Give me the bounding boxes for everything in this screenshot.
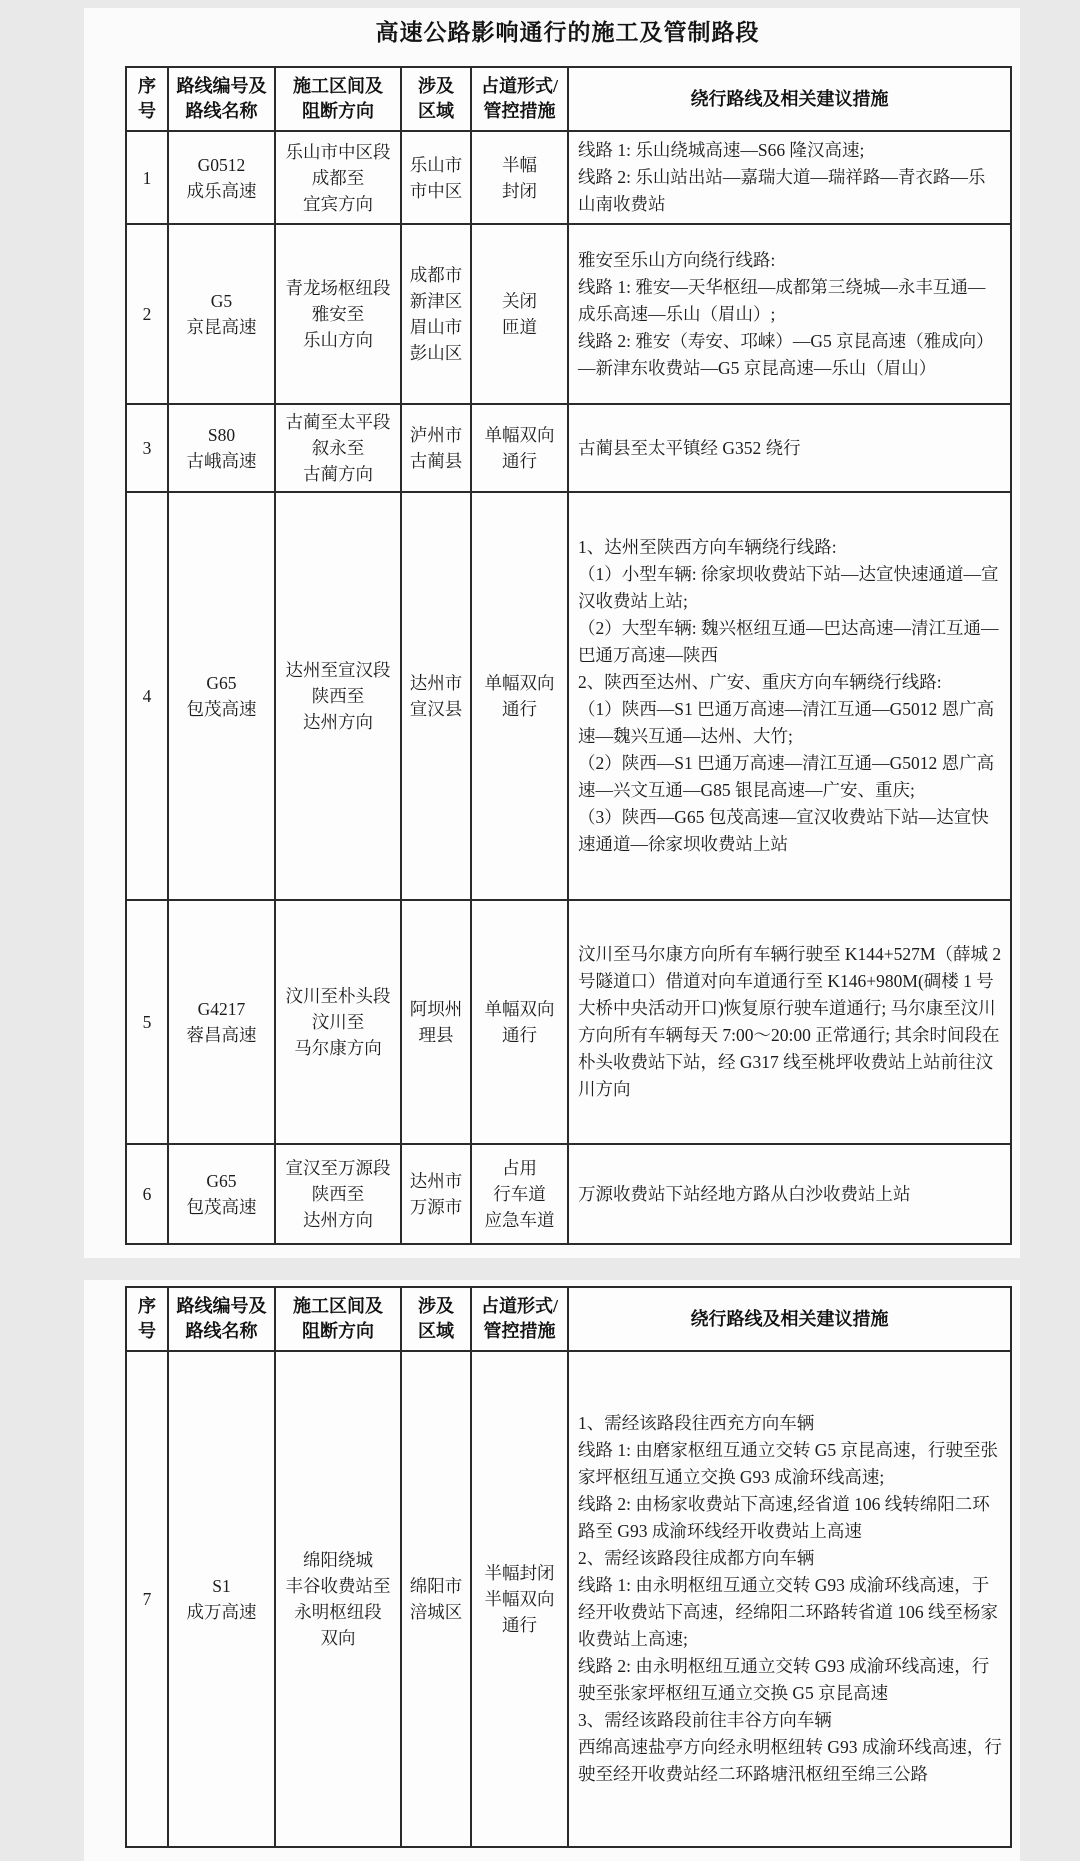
detour-detail-cell: 线路 1: 乐山绕城高速—S66 隆汉高速; 线路 2: 乐山站出站—嘉瑞大道—… [568, 131, 1011, 224]
serial-cell: 7 [126, 1351, 168, 1847]
route-code-cell: G4217 蓉昌高速 [168, 900, 275, 1144]
control-measure-cell: 占用 行车道 应急车道 [471, 1144, 568, 1244]
detour-detail-cell: 1、需经该路段往西充方向车辆 线路 1: 由磨家枢纽互通立交转 G5 京昆高速，… [568, 1351, 1011, 1847]
control-measure-cell: 半幅 封闭 [471, 131, 568, 224]
header-construction-section: 施工区间及 阻断方向 [275, 67, 401, 131]
route-code-cell: G0512 成乐高速 [168, 131, 275, 224]
serial-cell: 1 [126, 131, 168, 224]
table-row: 1 G0512 成乐高速 乐山市中区段 成都至 宜宾方向 乐山市 市中区 半幅 … [126, 131, 1011, 224]
detour-detail-cell: 古蔺县至太平镇经 G352 绕行 [568, 404, 1011, 492]
table-row: 3 S80 古峨高速 古蔺至太平段 叙永至 古蔺方向 泸州市 古蔺县 单幅双向 … [126, 404, 1011, 492]
control-measure-cell: 关闭 匝道 [471, 224, 568, 404]
table-row: 2 G5 京昆高速 青龙场枢纽段 雅安至 乐山方向 成都市 新津区 眉山市 彭山… [126, 224, 1011, 404]
route-code-cell: S80 古峨高速 [168, 404, 275, 492]
serial-cell: 3 [126, 404, 168, 492]
control-measure-cell: 单幅双向 通行 [471, 404, 568, 492]
serial-cell: 2 [126, 224, 168, 404]
serial-cell: 5 [126, 900, 168, 1144]
table-row: 6 G65 包茂高速 宣汉至万源段 陕西至 达州方向 达州市 万源市 占用 行车… [126, 1144, 1011, 1244]
detour-detail-cell: 汶川至马尔康方向所有车辆行驶至 K144+527M（薛城 2 号隧道口）借道对向… [568, 900, 1011, 1144]
detour-detail-cell: 雅安至乐山方向绕行线路: 线路 1: 雅安—天华枢纽—成都第三绕城—永丰互通—成… [568, 224, 1011, 404]
region-cell: 成都市 新津区 眉山市 彭山区 [401, 224, 471, 404]
route-code-cell: G5 京昆高速 [168, 224, 275, 404]
construction-table-2: 序 号 路线编号及 路线名称 施工区间及 阻断方向 涉及 区域 占道形式/ 管控… [125, 1286, 1012, 1848]
construction-section-cell: 青龙场枢纽段 雅安至 乐山方向 [275, 224, 401, 404]
control-measure-cell: 单幅双向 通行 [471, 492, 568, 900]
table-row: 7 S1 成万高速 绵阳绕城 丰谷收费站至 永明枢纽段 双向 绵阳市 涪城区 半… [126, 1351, 1011, 1847]
header-detour-detail: 绕行路线及相关建议措施 [568, 1287, 1011, 1351]
header-control-measure: 占道形式/ 管控措施 [471, 1287, 568, 1351]
control-measure-cell: 单幅双向 通行 [471, 900, 568, 1144]
construction-section-cell: 绵阳绕城 丰谷收费站至 永明枢纽段 双向 [275, 1351, 401, 1847]
table-row: 5 G4217 蓉昌高速 汶川至朴头段 汶川至 马尔康方向 阿坝州 理县 单幅双… [126, 900, 1011, 1144]
route-code-cell: G65 包茂高速 [168, 492, 275, 900]
construction-section-cell: 汶川至朴头段 汶川至 马尔康方向 [275, 900, 401, 1144]
region-cell: 阿坝州 理县 [401, 900, 471, 1144]
construction-table-1: 序 号 路线编号及 路线名称 施工区间及 阻断方向 涉及 区域 占道形式/ 管控… [125, 66, 1012, 1245]
serial-cell: 6 [126, 1144, 168, 1244]
construction-section-cell: 乐山市中区段 成都至 宜宾方向 [275, 131, 401, 224]
route-code-cell: G65 包茂高速 [168, 1144, 275, 1244]
region-cell: 达州市 宣汉县 [401, 492, 471, 900]
header-detour-detail: 绕行路线及相关建议措施 [568, 67, 1011, 131]
construction-section-cell: 宣汉至万源段 陕西至 达州方向 [275, 1144, 401, 1244]
construction-section-cell: 达州至宣汉段 陕西至 达州方向 [275, 492, 401, 900]
region-cell: 达州市 万源市 [401, 1144, 471, 1244]
route-code-cell: S1 成万高速 [168, 1351, 275, 1847]
header-serial: 序 号 [126, 1287, 168, 1351]
region-cell: 乐山市 市中区 [401, 131, 471, 224]
table-header-row: 序 号 路线编号及 路线名称 施工区间及 阻断方向 涉及 区域 占道形式/ 管控… [126, 67, 1011, 131]
region-cell: 绵阳市 涪城区 [401, 1351, 471, 1847]
table-row: 4 G65 包茂高速 达州至宣汉段 陕西至 达州方向 达州市 宣汉县 单幅双向 … [126, 492, 1011, 900]
region-cell: 泸州市 古蔺县 [401, 404, 471, 492]
header-construction-section: 施工区间及 阻断方向 [275, 1287, 401, 1351]
header-region: 涉及 区域 [401, 1287, 471, 1351]
serial-cell: 4 [126, 492, 168, 900]
header-serial: 序 号 [126, 67, 168, 131]
detour-detail-cell: 万源收费站下站经地方路从白沙收费站上站 [568, 1144, 1011, 1244]
header-region: 涉及 区域 [401, 67, 471, 131]
header-control-measure: 占道形式/ 管控措施 [471, 67, 568, 131]
header-route-code: 路线编号及 路线名称 [168, 67, 275, 131]
construction-section-cell: 古蔺至太平段 叙永至 古蔺方向 [275, 404, 401, 492]
detour-detail-cell: 1、达州至陕西方向车辆绕行线路: （1）小型车辆: 徐家坝收费站下站—达宣快速通… [568, 492, 1011, 900]
control-measure-cell: 半幅封闭 半幅双向 通行 [471, 1351, 568, 1847]
page-title: 高速公路影响通行的施工及管制路段 [125, 14, 1010, 47]
header-route-code: 路线编号及 路线名称 [168, 1287, 275, 1351]
table-header-row: 序 号 路线编号及 路线名称 施工区间及 阻断方向 涉及 区域 占道形式/ 管控… [126, 1287, 1011, 1351]
